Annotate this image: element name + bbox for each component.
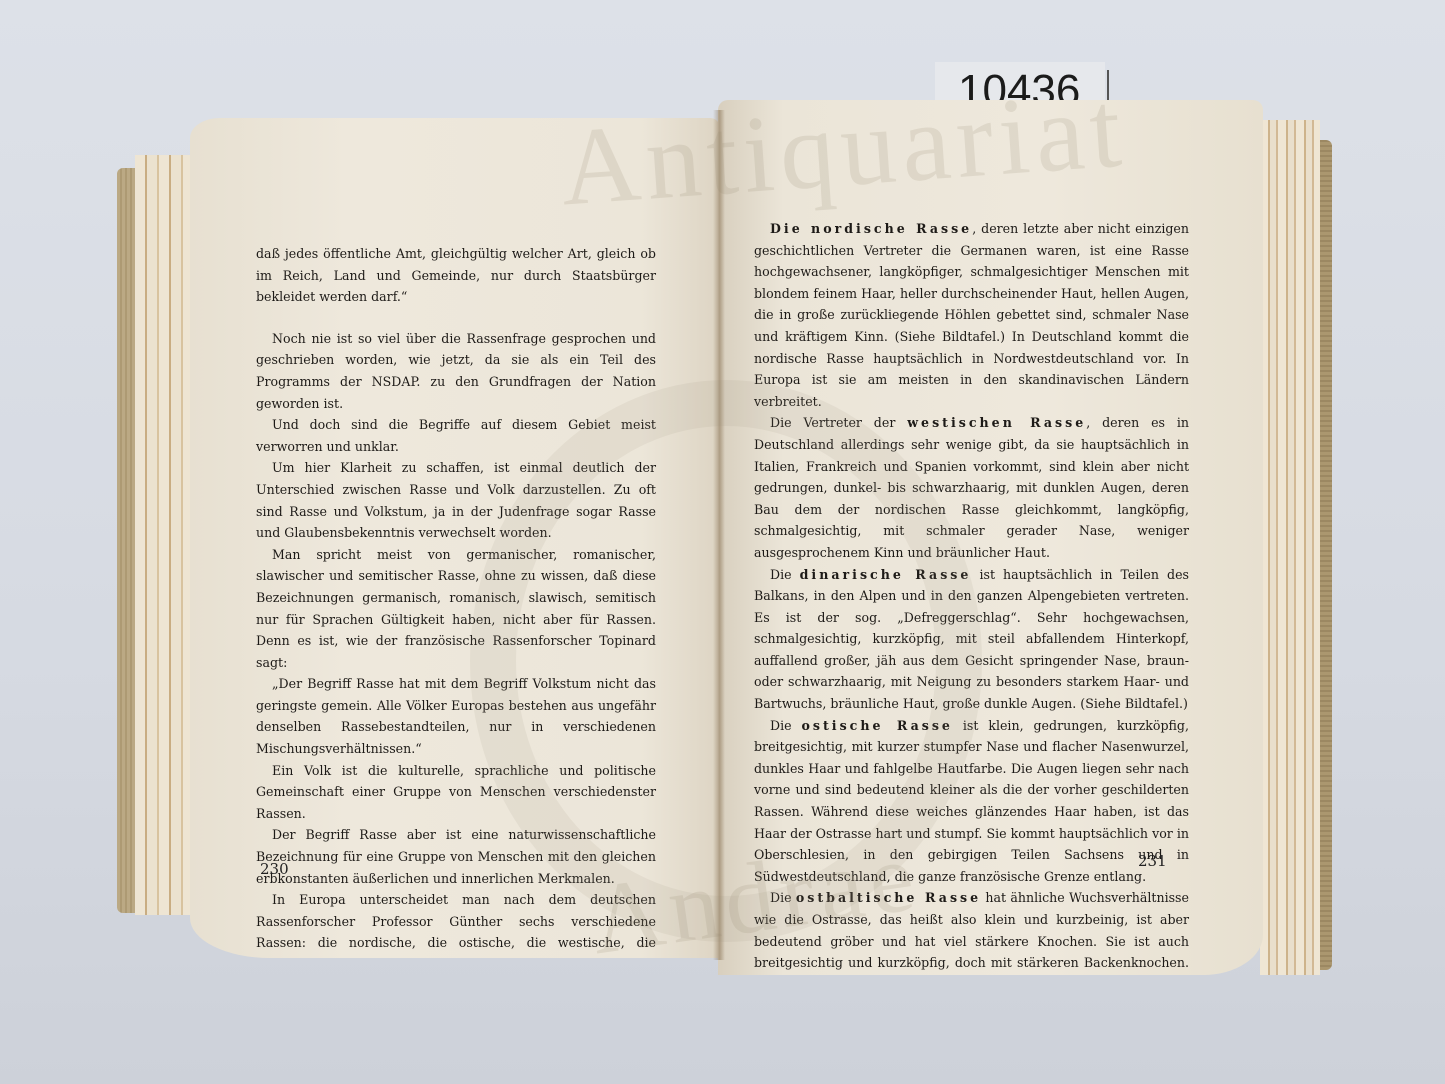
paragraph: daß jedes öffentliche Amt, gleichgültig … [256, 243, 656, 308]
body-text: ist klein, gedrungen, kurzköpfig, breitg… [754, 718, 1189, 884]
page-number-left: 230 [260, 860, 289, 878]
right-page-text: Die nordische Rasse, deren letzte aber n… [754, 218, 1189, 975]
right-page: Die nordische Rasse, deren letzte aber n… [718, 100, 1263, 975]
paragraph: Noch nie ist so viel über die Rassenfrag… [256, 328, 656, 414]
lead-text: Die Vertreter der [770, 415, 907, 430]
spaced-term: ostbaltische Rasse [796, 890, 981, 905]
quote-paragraph: „Der Begriff Rasse hat mit dem Begriff V… [256, 673, 656, 759]
spaced-term: westischen Rasse [907, 415, 1086, 430]
paragraph: Der Begriff Rasse aber ist eine naturwis… [256, 824, 656, 889]
spaced-term: ostische Rasse [802, 718, 953, 733]
spaced-term: dinarische Rasse [800, 567, 972, 582]
left-page-text: daß jedes öffentliche Amt, gleichgültig … [256, 243, 656, 958]
label-tick-mark [1107, 70, 1109, 100]
paragraph-east-baltic: Die ostbaltische Rasse hat ähnliche Wuch… [754, 887, 1189, 975]
paragraph: Und doch sind die Begriffe auf diesem Ge… [256, 414, 656, 457]
page-stack-right [1260, 120, 1320, 975]
lead-text: Die [770, 890, 796, 905]
paragraph-dinaric: Die dinarische Rasse ist hauptsächlich i… [754, 564, 1189, 715]
body-text: ist hauptsächlich in Teilen des Balkans,… [754, 567, 1189, 712]
paragraph-eastern: Die ostische Rasse ist klein, gedrungen,… [754, 715, 1189, 888]
paragraph: Man spricht meist von germanischer, roma… [256, 544, 656, 674]
paragraph: Um hier Klarheit zu schaffen, ist einmal… [256, 457, 656, 543]
paragraph: Ein Volk ist die kulturelle, sprachliche… [256, 760, 656, 825]
lead-text: Die [770, 567, 800, 582]
paragraph-western: Die Vertreter der westischen Rasse, dere… [754, 412, 1189, 563]
page-number-right: 231 [1138, 852, 1167, 870]
spaced-term: Die nordische Rasse [770, 221, 972, 236]
body-text: , deren es in Deutschland allerdings seh… [754, 415, 1189, 560]
paragraph: In Europa unterscheidet man nach dem deu… [256, 889, 656, 958]
lead-text: Die [770, 718, 802, 733]
paragraph-nordic: Die nordische Rasse, deren letzte aber n… [754, 218, 1189, 412]
book-gutter [713, 110, 725, 960]
body-text: , deren letzte aber nicht einzigen gesch… [754, 221, 1189, 409]
left-page: daß jedes öffentliche Amt, gleichgültig … [190, 118, 720, 958]
